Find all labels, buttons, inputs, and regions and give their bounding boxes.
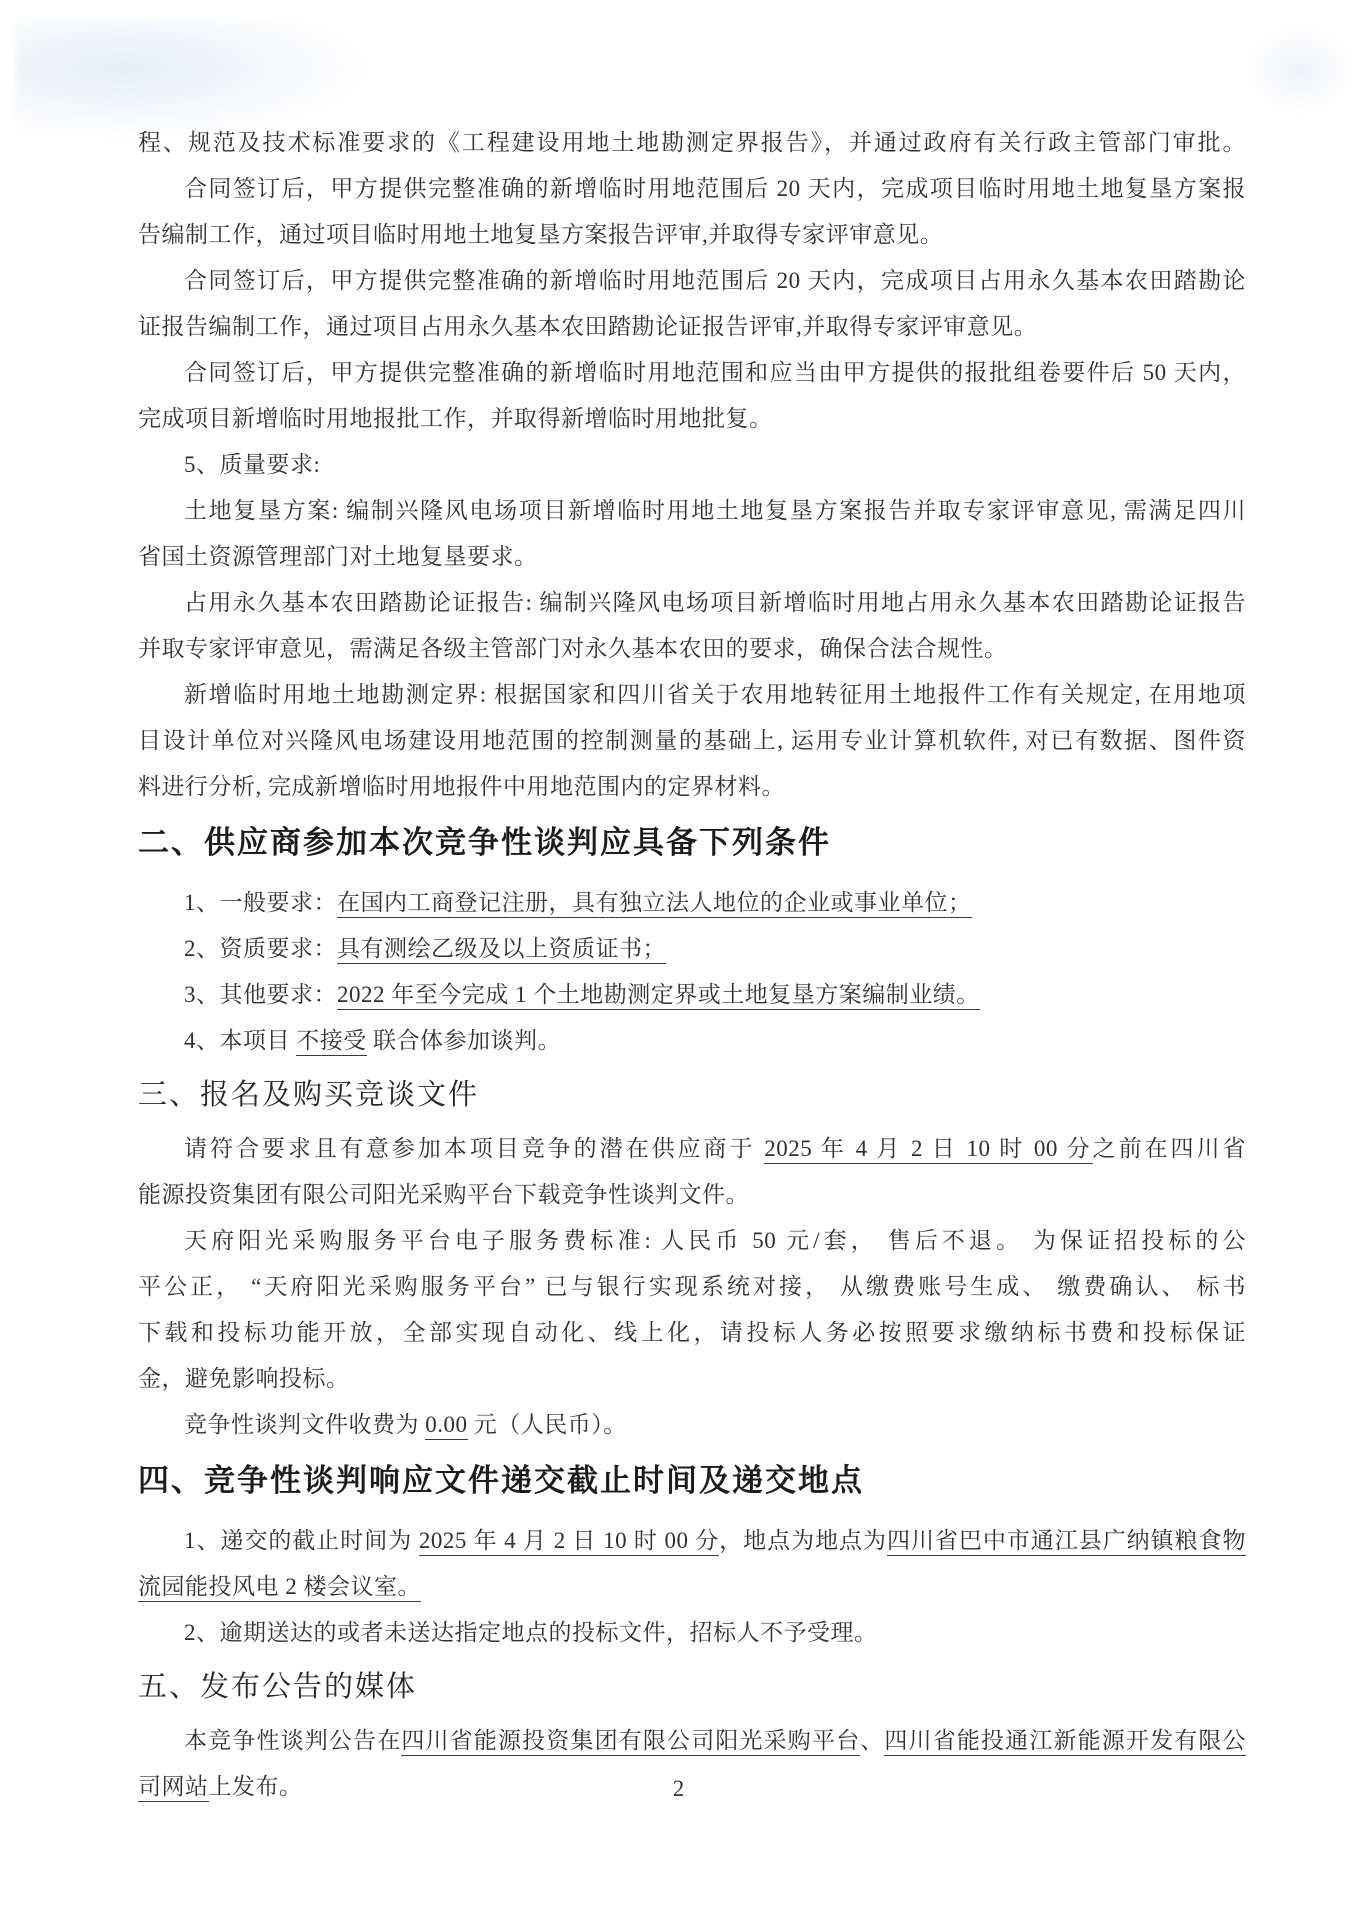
scan-smudge-top-right [1245,25,1355,115]
section-heading: 四、竞争性谈判响应文件递交截止时间及递交地点 [138,1456,1246,1506]
text-segment: 程、规范及技术标准要求的《工程建设用地土地勘测定界报告》，并通过政府有关行政主管… [138,130,1246,155]
text-segment: 2、资质要求： [184,936,337,961]
text-line: 2、逾期送达的或者未送达指定地点的投标文件，招标人不予受理。 [138,1610,1246,1656]
text-segment: 请符合要求且有意参加本项目竞争的潜在供应商于 [184,1136,764,1161]
text-segment: 完成项目新增临时用地报批工作，并取得新增临时用地批复。 [138,406,773,431]
text-line: 5、质量要求: [138,442,1246,488]
text-line: 请符合要求且有意参加本项目竞争的潜在供应商于 2025 年 4 月 2 日 10… [138,1126,1246,1172]
underlined-text: 四川省巴中市通江县广纳镇粮食物 [887,1528,1246,1556]
text-line: 金，避免影响投标。 [138,1356,1246,1402]
text-line: 天府阳光采购服务平台电子服务费标准: 人民币 50 元/套， 售后不退。 为保证… [138,1218,1246,1264]
text-segment: 天府阳光采购服务平台电子服务费标准: 人民币 50 元/套， 售后不退。 为保证… [184,1228,1246,1253]
text-segment: 、 [860,1728,884,1753]
text-segment: 五、发布公告的媒体 [138,1671,417,1703]
underlined-text: 不接受 [296,1028,367,1056]
section-heading: 五、发布公告的媒体 [138,1662,1246,1712]
text-segment: 2、逾期送达的或者未送达指定地点的投标文件，招标人不予受理。 [184,1620,878,1645]
text-line: 新增临时用地土地勘测定界: 根据国家和四川省关于农用地转征用土地报件工作有关规定… [138,672,1246,718]
text-segment: 料进行分析, 完成新增临时用地报件中用地范围内的定界材料。 [138,774,785,799]
underlined-text: 流园能投风电 2 楼会议室。 [138,1574,421,1602]
text-line: 省国土资源管理部门对土地复垦要求。 [138,534,1246,580]
text-line: 平公正， “天府阳光采购服务平台” 已与银行实现系统对接， 从缴费账号生成、 缴… [138,1264,1246,1310]
text-segment: 四、竞争性谈判响应文件递交截止时间及递交地点 [138,1463,864,1498]
document-page: 程、规范及技术标准要求的《工程建设用地土地勘测定界报告》，并通过政府有关行政主管… [0,0,1357,1920]
text-line: 1、递交的截止时间为 2025 年 4 月 2 日 10 时 00 分，地点为地… [138,1518,1246,1564]
text-segment: 元（人民币）。 [468,1412,627,1437]
text-segment: 三、报名及购买竞谈文件 [138,1079,479,1111]
underlined-text: 具有测绘乙级及以上资质证书； [337,936,666,964]
text-line: 能源投资集团有限公司阳光采购平台下载竞争性谈判文件。 [138,1172,1246,1218]
text-line: 证报告编制工作，通过项目占用永久基本农田踏勘论证报告评审,并取得专家评审意见。 [138,304,1246,350]
text-line: 3、其他要求：2022 年至今完成 1 个土地勘测定界或土地复垦方案编制业绩。 [138,972,1246,1018]
underlined-text: 四川省能投通江新能源开发有限公 [884,1728,1246,1756]
text-line: 料进行分析, 完成新增临时用地报件中用地范围内的定界材料。 [138,764,1246,810]
text-line: 告编制工作，通过项目临时用地土地复垦方案报告评审,并取得专家评审意见。 [138,212,1246,258]
text-segment: 1、递交的截止时间为 [184,1528,419,1553]
text-segment: 土地复垦方案: 编制兴隆风电场项目新增临时用地土地复垦方案报告并取专家评审意见,… [184,498,1246,523]
text-line: 本竞争性谈判公告在四川省能源投资集团有限公司阳光采购平台、四川省能投通江新能源开… [138,1718,1246,1764]
text-segment: 能源投资集团有限公司阳光采购平台下载竞争性谈判文件。 [138,1182,749,1207]
text-segment: 联合体参加谈判。 [367,1028,561,1053]
text-segment: 5、质量要求: [184,452,320,477]
text-line: 竞争性谈判文件收费为 0.00 元（人民币）。 [138,1402,1246,1448]
text-line: 目设计单位对兴隆风电场建设用地范围的控制测量的基础上, 运用专业计算机软件, 对… [138,718,1246,764]
text-segment: 平公正， “天府阳光采购服务平台” 已与银行实现系统对接， 从缴费账号生成、 缴… [138,1274,1246,1299]
text-segment: 合同签订后，甲方提供完整准确的新增临时用地范围和应当由甲方提供的报批组卷要件后 … [184,360,1246,385]
text-segment: 并取专家评审意见，需满足各级主管部门对永久基本农田的要求，确保合法合规性。 [138,636,1008,661]
underlined-text: 0.00 [425,1412,467,1440]
text-line: 4、本项目 不接受 联合体参加谈判。 [138,1018,1246,1064]
page-number: 2 [0,1776,1357,1802]
text-segment: 合同签订后，甲方提供完整准确的新增临时用地范围后 20 天内，完成项目临时用地土… [184,176,1246,201]
underlined-text: 2022 年至今完成 1 个土地勘测定界或土地复垦方案编制业绩。 [337,982,980,1010]
text-line: 2、资质要求：具有测绘乙级及以上资质证书； [138,926,1246,972]
text-segment: 二、供应商参加本次竞争性谈判应具备下列条件 [138,825,831,860]
text-segment: 省国土资源管理部门对土地复垦要求。 [138,544,538,569]
text-segment: 目设计单位对兴隆风电场建设用地范围的控制测量的基础上, 运用专业计算机软件, 对… [138,728,1246,753]
text-segment: 告编制工作，通过项目临时用地土地复垦方案报告评审,并取得专家评审意见。 [138,222,943,247]
text-line: 程、规范及技术标准要求的《工程建设用地土地勘测定界报告》，并通过政府有关行政主管… [138,120,1246,166]
underlined-text: 2025 年 4 月 2 日 10 时 00 分 [764,1136,1092,1164]
text-line: 合同签订后，甲方提供完整准确的新增临时用地范围后 20 天内，完成项目占用永久基… [138,258,1246,304]
text-segment: 证报告编制工作，通过项目占用永久基本农田踏勘论证报告评审,并取得专家评审意见。 [138,314,1037,339]
text-segment: 3、其他要求： [184,982,337,1007]
text-segment: 金，避免影响投标。 [138,1366,350,1391]
text-line: 下载和投标功能开放，全部实现自动化、线上化，请投标人务必按照要求缴纳标书费和投标… [138,1310,1246,1356]
text-segment: 合同签订后，甲方提供完整准确的新增临时用地范围后 20 天内，完成项目占用永久基… [184,268,1246,293]
text-segment: 新增临时用地土地勘测定界: 根据国家和四川省关于农用地转征用土地报件工作有关规定… [184,682,1246,707]
text-line: 1、一般要求：在国内工商登记注册，具有独立法人地位的企业或事业单位； [138,880,1246,926]
text-line: 完成项目新增临时用地报批工作，并取得新增临时用地批复。 [138,396,1246,442]
document-body: 程、规范及技术标准要求的《工程建设用地土地勘测定界报告》，并通过政府有关行政主管… [138,120,1246,1810]
text-line: 流园能投风电 2 楼会议室。 [138,1564,1246,1610]
text-segment: 1、一般要求： [184,890,337,915]
text-line: 合同签订后，甲方提供完整准确的新增临时用地范围后 20 天内，完成项目临时用地土… [138,166,1246,212]
underlined-text: 在国内工商登记注册，具有独立法人地位的企业或事业单位； [337,890,972,918]
section-heading: 二、供应商参加本次竞争性谈判应具备下列条件 [138,818,1246,868]
text-segment: 之前在四川省 [1093,1136,1246,1161]
section-heading: 三、报名及购买竞谈文件 [138,1070,1246,1120]
text-segment: 竞争性谈判文件收费为 [184,1412,425,1437]
text-line: 并取专家评审意见，需满足各级主管部门对永久基本农田的要求，确保合法合规性。 [138,626,1246,672]
text-line: 占用永久基本农田踏勘论证报告: 编制兴隆风电场项目新增临时用地占用永久基本农田踏… [138,580,1246,626]
text-line: 合同签订后，甲方提供完整准确的新增临时用地范围和应当由甲方提供的报批组卷要件后 … [138,350,1246,396]
text-segment: 本竞争性谈判公告在 [184,1728,401,1753]
underlined-text: 四川省能源投资集团有限公司阳光采购平台 [401,1728,860,1756]
text-segment: 占用永久基本农田踏勘论证报告: 编制兴隆风电场项目新增临时用地占用永久基本农田踏… [184,590,1246,615]
text-segment: ，地点为地点为 [719,1528,887,1553]
text-segment: 4、本项目 [184,1028,296,1053]
text-segment: 下载和投标功能开放，全部实现自动化、线上化，请投标人务必按照要求缴纳标书费和投标… [138,1320,1246,1345]
text-line: 土地复垦方案: 编制兴隆风电场项目新增临时用地土地复垦方案报告并取专家评审意见,… [138,488,1246,534]
underlined-text: 2025 年 4 月 2 日 10 时 00 分 [419,1528,719,1556]
